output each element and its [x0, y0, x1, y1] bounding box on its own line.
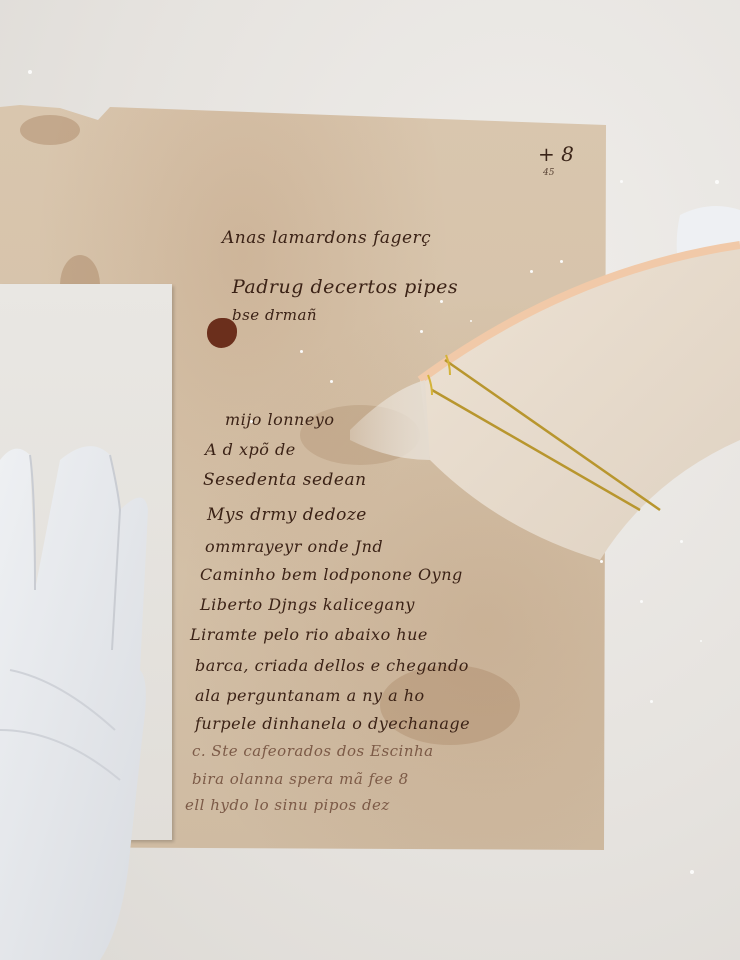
text-line: bse drmañ [232, 306, 317, 324]
folio-subnumber: 45 [543, 168, 554, 178]
text-line: bira olanna spera mã fee 8 [192, 770, 409, 788]
text-line: Liramte pelo rio abaixo hue [190, 625, 428, 644]
text-line: Liberto Djngs kalicegany [200, 595, 415, 614]
text-line: Sesedenta sedean [203, 470, 367, 490]
text-line: c. Ste cafeorados dos Escinha [192, 742, 434, 760]
white-glove-left-hand [0, 430, 180, 960]
text-line: Mys drmy dedoze [207, 505, 367, 525]
photo-scene: + 8 45 Anas lamardons fagerç Padrug dece… [0, 0, 740, 960]
text-line: ala perguntanam a ny a ho [195, 686, 425, 705]
cleaning-brush [350, 200, 740, 570]
folio-number: + 8 [538, 142, 574, 166]
text-line: barca, criada dellos e chegando [195, 656, 469, 675]
text-line: A d xpõ de [205, 440, 296, 459]
text-line: ell hydo lo sinu pipos dez [185, 796, 390, 814]
text-line: mijo lonneyo [225, 410, 334, 429]
text-line: furpele dinhanela o dyechanage [195, 714, 470, 733]
